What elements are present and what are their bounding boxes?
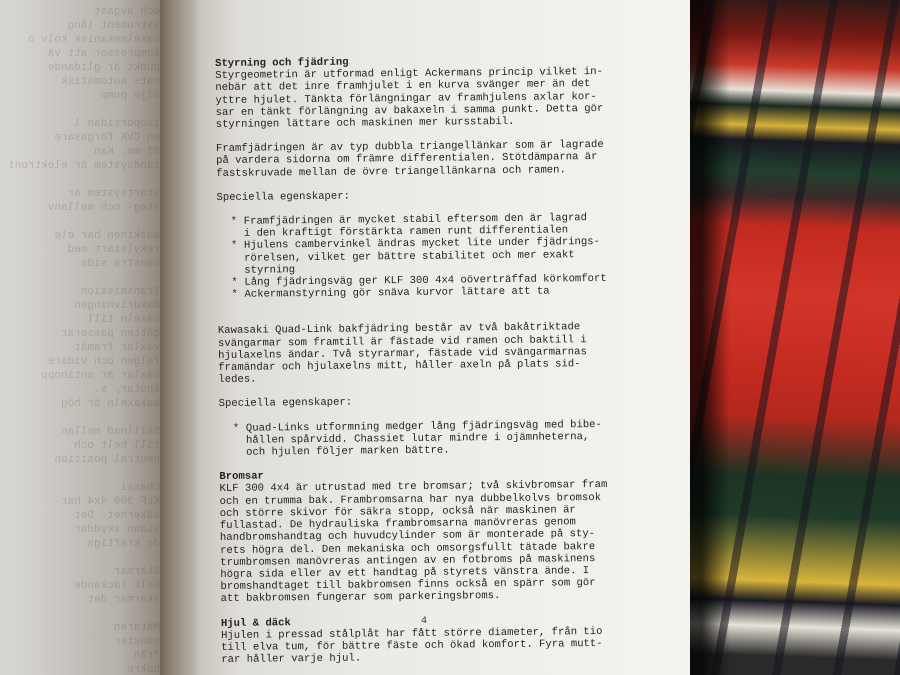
page-content: Styrning och fjädring Styrgeometrin är u…: [215, 54, 641, 667]
special-features-front: Speciella egenskaper: Framfjädringen är …: [216, 187, 637, 301]
left-page-show-through-text: och avgast sstrument lång vaxelmekanisk …: [10, 5, 160, 675]
feature-list: Framfjädringen är mycket stabil eftersom…: [217, 212, 638, 302]
book-gutter-shadow: [160, 0, 200, 675]
section-brakes: Bromsar KLF 300 4x4 är utrustad med tre …: [219, 467, 640, 606]
list-item: Quad-Links utformning medger lång fjädri…: [233, 418, 639, 459]
section-steering-suspension: Styrning och fjädring Styrgeometrin är u…: [215, 54, 636, 132]
list-item: Hjulens cambervinkel ändras mycket lite …: [231, 236, 637, 277]
paragraph-front-suspension: Framfjädringen är av typ dubbla triangel…: [216, 139, 636, 180]
section-wheels-tires: Hjul & däck Hjulen i pressad stålplåt ha…: [221, 613, 641, 666]
feature-list: Quad-Links utformning medger lång fjädri…: [219, 418, 639, 459]
right-page: Styrning och fjädring Styrgeometrin är u…: [168, 0, 690, 675]
paragraph: KLF 300 4x4 är utrustad med tre bromsar;…: [219, 479, 640, 605]
left-page: och avgast sstrument lång vaxelmekanisk …: [0, 0, 165, 675]
special-features-rear: Speciella egenskaper: Quad-Links utformn…: [219, 394, 640, 459]
plaid-fabric-background: [690, 0, 900, 675]
paragraph: Styrgeometrin är utformad enligt Ackerma…: [215, 66, 636, 131]
page-number: 4: [421, 616, 427, 627]
paragraph: Hjulen i pressad stålplåt har fått störr…: [221, 625, 641, 666]
paragraph-rear-suspension: Kawasaki Quad-Link bakfjädring består av…: [218, 321, 639, 386]
